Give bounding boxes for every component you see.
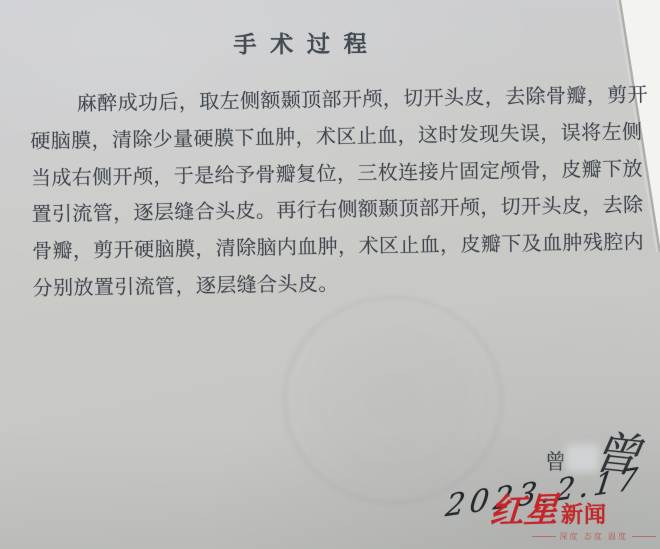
watermark-brand-suffix: 新闻 <box>561 500 607 530</box>
tagline-text: 深度 态度 温度 <box>560 531 628 542</box>
document-title: 手 术 过 程 <box>0 24 632 62</box>
tagline-left-dash <box>532 536 556 537</box>
watermark-brand: 红星 新闻 <box>490 494 658 530</box>
document-photo: 手 术 过 程 麻醉成功后，取左侧额颞顶部开颅，切开头皮，去除骨瓣，剪开 硬脑膜… <box>0 0 660 549</box>
faint-stamp-impression <box>283 296 503 504</box>
watermark-tagline: 深度 态度 温度 <box>490 531 658 542</box>
watermark-brand-script: 红星 <box>489 493 560 531</box>
redstar-news-watermark: 红星 新闻 深度 态度 温度 <box>490 494 658 542</box>
tagline-right-dash <box>632 536 656 537</box>
document-body: 麻醉成功后，取左侧额颞顶部开颅，切开头皮，去除骨瓣，剪开 硬脑膜，清除少量硬膜下… <box>30 78 639 308</box>
